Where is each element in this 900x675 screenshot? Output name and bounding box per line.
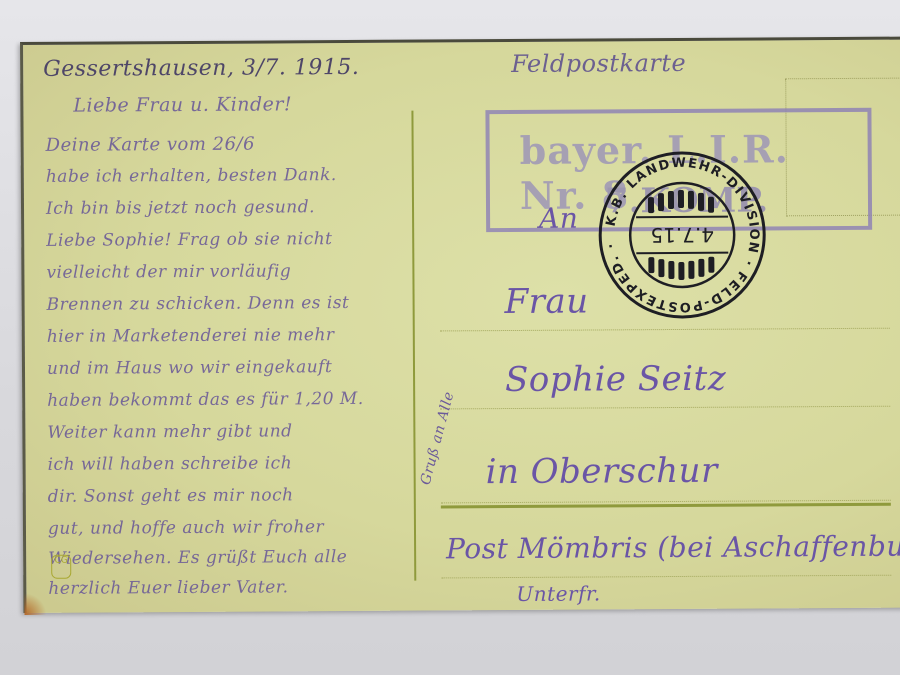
- address-region: Unterfr.: [516, 581, 600, 606]
- postmark-icon: K.B. LANDWEHR-DIVISION · FELD-POSTEXPED.…: [596, 148, 769, 321]
- address-town: in Oberschur: [486, 451, 718, 492]
- message-line: dir. Sonst geht es mir noch: [48, 485, 294, 507]
- side-note: Gruß an Alle: [418, 390, 458, 487]
- message-line: Ich bin bis jetzt noch gesund.: [46, 197, 315, 219]
- message-line: und im Haus wo wir eingekauft: [47, 357, 332, 379]
- postcard: Feldpostkarte Gessertshausen, 3/7. 1915.…: [20, 37, 900, 613]
- postmark-date: 4.7.15: [650, 223, 714, 247]
- address-title: Frau: [504, 282, 588, 323]
- message-line: herzlich Euer lieber Vater.: [48, 577, 288, 598]
- address-line-2: [440, 406, 890, 410]
- message-line: Wiedersehen. Es grüßt Euch alle: [48, 547, 347, 569]
- message-line: Brennen zu schicken. Denn es ist: [47, 293, 350, 315]
- place-date: Gessertshausen, 3/7. 1915.: [43, 55, 359, 82]
- message-line: Liebe Frau u. Kinder!: [73, 93, 292, 116]
- feldpostkarte-heading: Feldpostkarte: [511, 49, 686, 78]
- message-body: Liebe Frau u. Kinder! Deine Karte vom 26…: [23, 40, 900, 45]
- address-prefix: An: [539, 202, 578, 235]
- card-divider-line: [411, 111, 416, 581]
- address-line-1: [440, 328, 890, 332]
- address-line-3-solid: [441, 503, 891, 509]
- message-line: gut, und hoffe auch wir froher: [48, 517, 324, 539]
- address-post: Post Mömbris (bei Aschaffenburg): [446, 529, 900, 565]
- message-line: Liebe Sophie! Frag ob sie nicht: [46, 229, 332, 251]
- corner-stain: [24, 593, 46, 615]
- message-line: Weiter kann mehr gibt und: [47, 421, 292, 442]
- address-name: Sophie Seitz: [505, 359, 726, 400]
- message-line: vielleicht der mir vorläufig: [46, 261, 291, 282]
- message-line: haben bekommt das es für 1,20 M.: [47, 389, 364, 411]
- publisher-logo: CG: [51, 555, 71, 579]
- message-line: hier in Marketenderei nie mehr: [47, 325, 335, 347]
- message-line: habe ich erhalten, besten Dank.: [46, 165, 337, 187]
- address-line-4: [441, 575, 891, 579]
- message-line: ich will haben schreibe ich: [48, 453, 293, 474]
- message-line: Deine Karte vom 26/6: [46, 134, 256, 156]
